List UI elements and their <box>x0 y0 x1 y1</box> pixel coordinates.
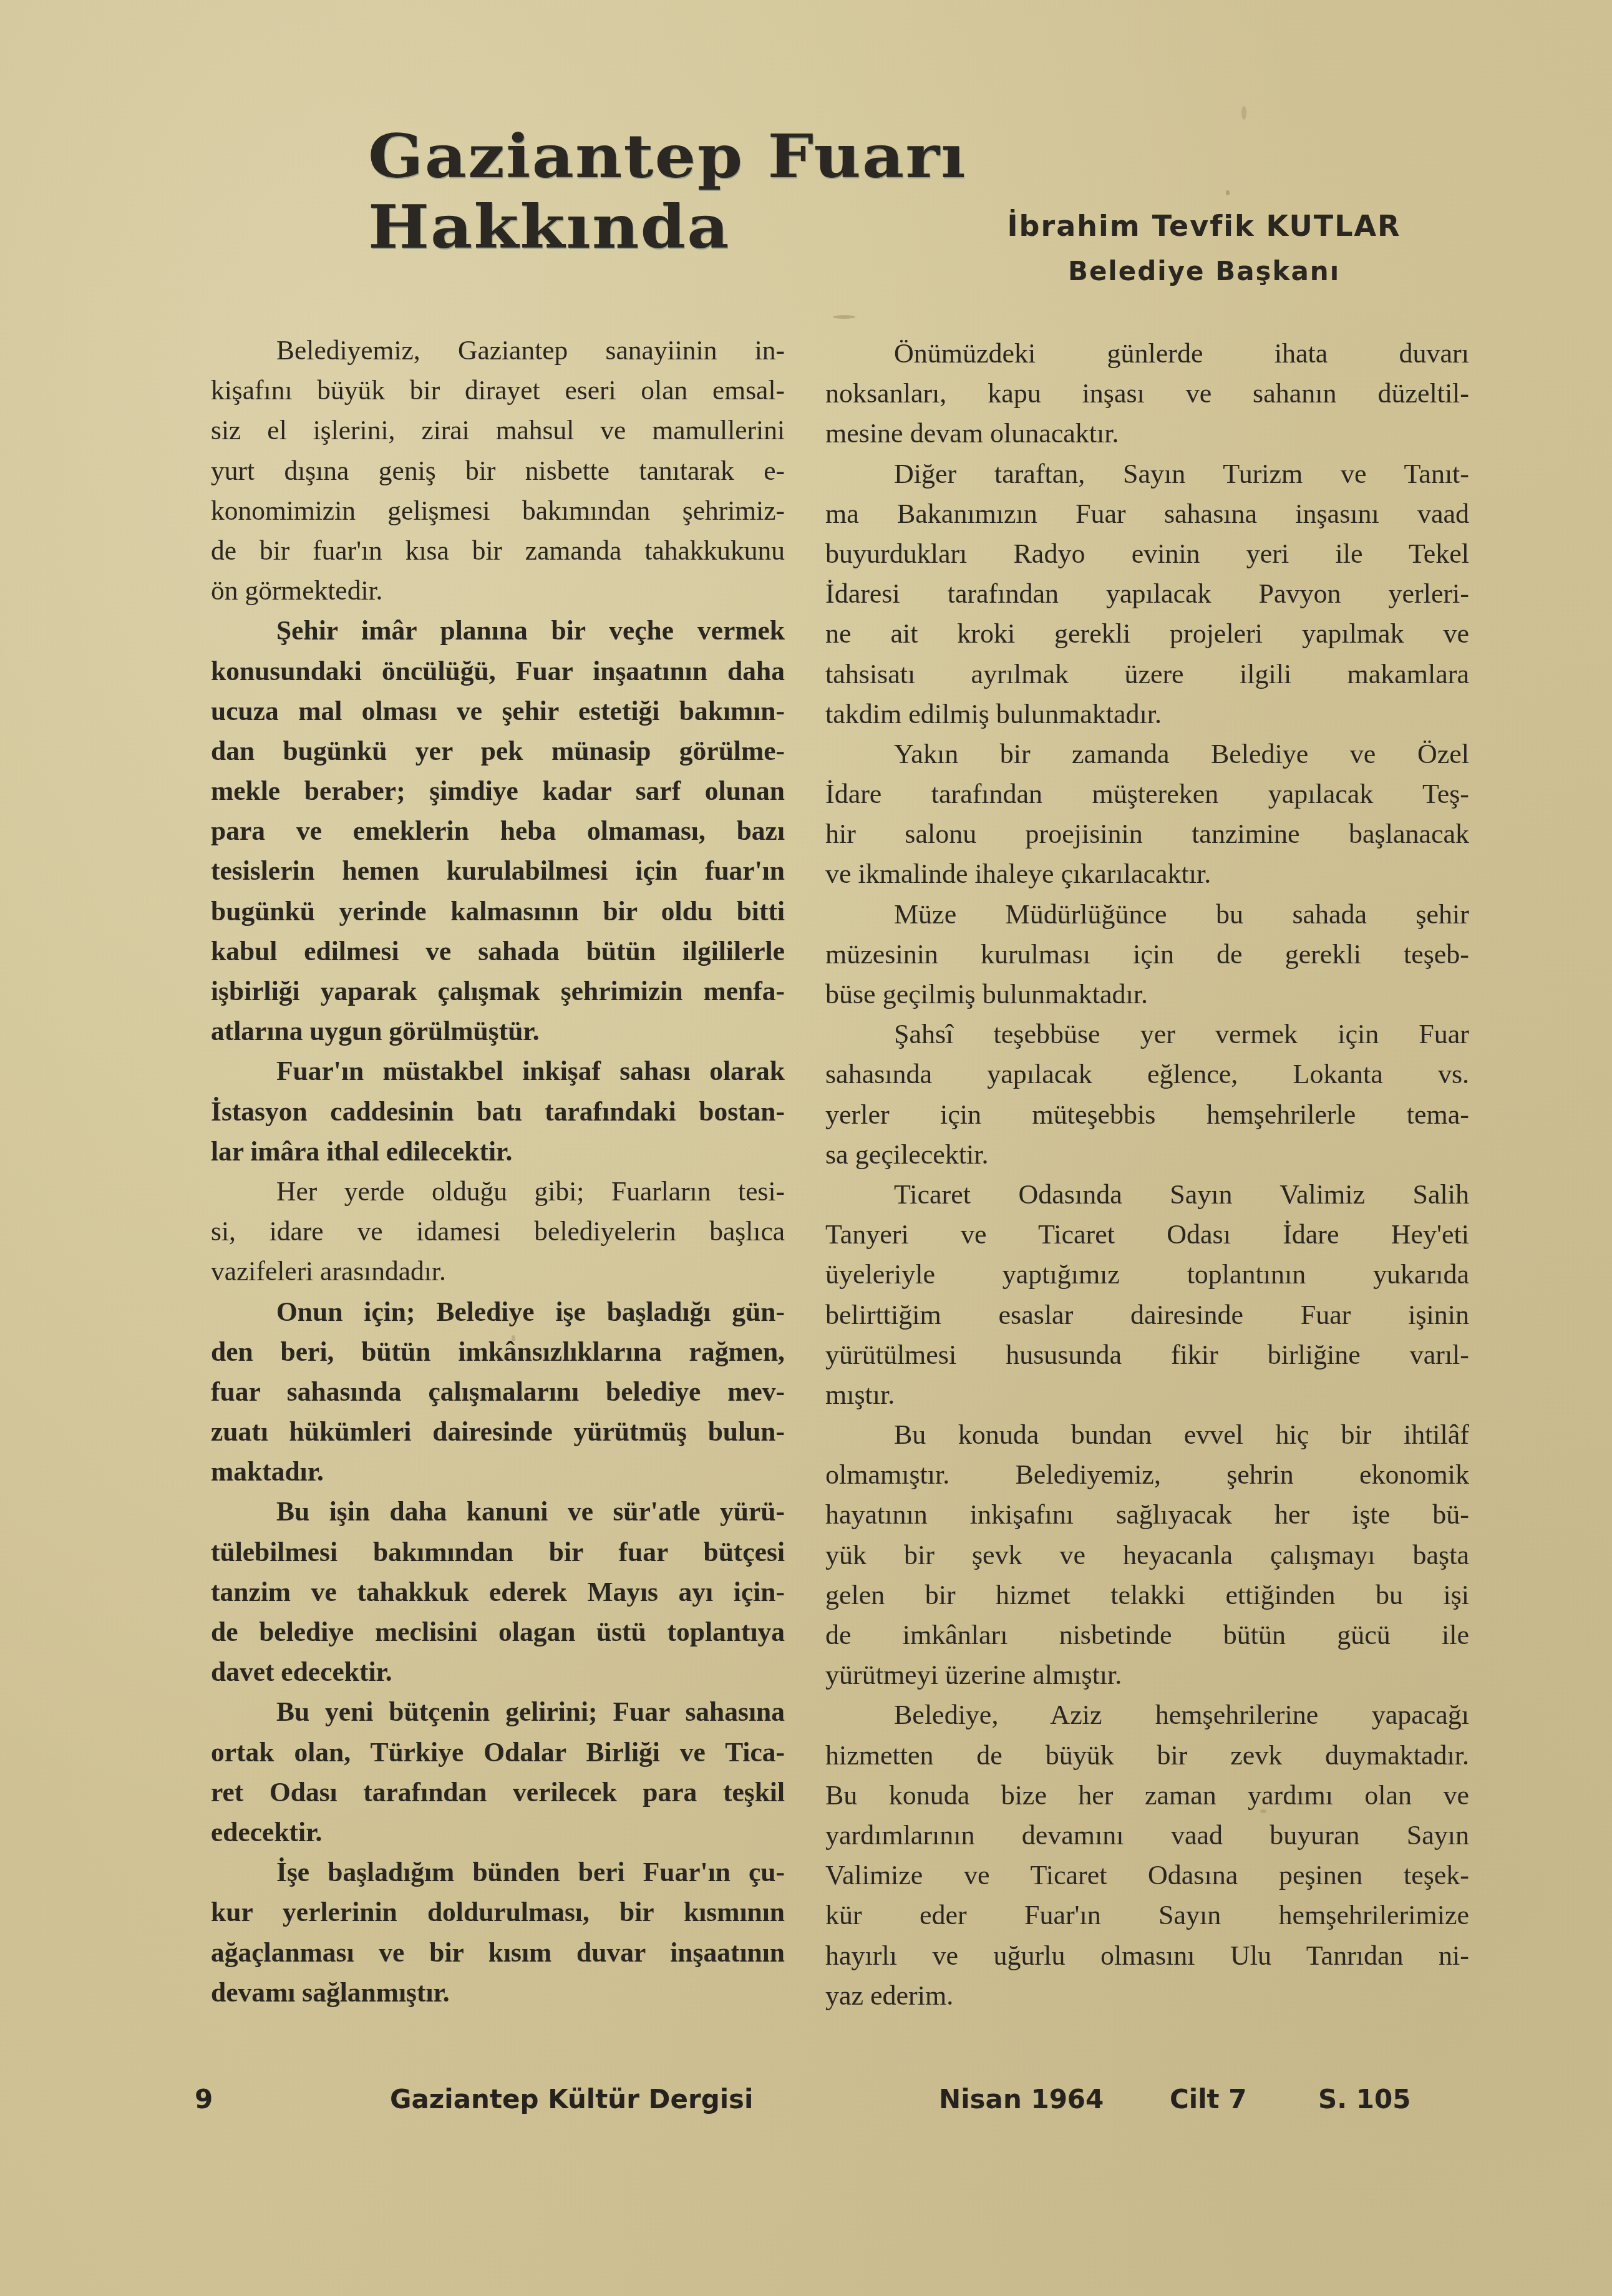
paragraph: Bu yeni bütçenin gelirini; Fuar sahasına… <box>211 1692 785 1852</box>
author-name: İbrahim Tevfik KUTLAR <box>973 209 1435 243</box>
text-line: takdim edilmiş bulunmaktadır. <box>825 694 1469 734</box>
text-line: Şahsî teşebbüse yer vermek için Fuar <box>825 1014 1469 1054</box>
text-line: kişafını büyük bir dirayet eseri olan em… <box>211 371 785 411</box>
text-line: devamı sağlanmıştır. <box>211 1973 785 2013</box>
text-line: kür eder Fuar'ın Sayın hemşehrilerimize <box>825 1895 1469 1935</box>
paragraph: Şahsî teşebbüse yer vermek için Fuarsaha… <box>825 1014 1469 1175</box>
text-line: ve ikmalinde ihaleye çıkarılacaktır. <box>825 854 1469 894</box>
text-line: konomimizin gelişmesi bakımından şehrimi… <box>211 491 785 531</box>
text-line: Şehir imâr planına bir veçhe vermek <box>211 611 785 651</box>
text-line: de imkânları nisbetinde bütün gücü ile <box>825 1615 1469 1655</box>
article-column-left: Belediyemiz, Gaziantep sanayiinin in-kiş… <box>211 331 785 2013</box>
text-line: ön görmektedir. <box>211 571 785 611</box>
text-line: işbirliği yaparak çalışmak şehrimizin me… <box>211 971 785 1011</box>
text-line: müzesinin kurulması için de gerekli teşe… <box>825 935 1469 975</box>
paragraph: Onun için; Belediye işe başladığı gün-de… <box>211 1292 785 1492</box>
text-line: yürütmeyi üzerine almıştır. <box>825 1655 1469 1695</box>
paragraph: Bu işin daha kanuni ve sür'atle yürü-tül… <box>211 1492 785 1692</box>
text-line: İdaresi tarafından yapılacak Pavyon yerl… <box>825 574 1469 614</box>
paragraph: İşe başladığım bünden beri Fuar'ın çu-ku… <box>211 1852 785 2013</box>
text-line: tanzim ve tahakkuk ederek Mayıs ayı için… <box>211 1572 785 1612</box>
issue-date: Nisan 1964 <box>939 2084 1104 2114</box>
paragraph: Müze Müdürlüğünce bu sahada şehirmüzesin… <box>825 895 1469 1015</box>
text-line: ne ait kroki gerekli projeleri yapılmak … <box>825 614 1469 654</box>
issue-number: S. 105 <box>1318 2084 1411 2114</box>
text-line: yardımlarının devamını vaad buyuran Sayı… <box>825 1816 1469 1856</box>
text-line: Diğer taraftan, Sayın Turizm ve Tanıt- <box>825 454 1469 494</box>
text-line: hir salonu proejisinin tanzimine başlana… <box>825 814 1469 854</box>
text-line: noksanları, kapu inşası ve sahanın düzel… <box>825 374 1469 414</box>
paragraph: Belediyemiz, Gaziantep sanayiinin in-kiş… <box>211 331 785 611</box>
text-line: hizmetten de büyük bir zevk duymaktadır. <box>825 1736 1469 1776</box>
text-line: ma Bakanımızın Fuar sahasına inşasını va… <box>825 494 1469 534</box>
volume-number: Cilt 7 <box>1170 2084 1247 2114</box>
text-line: konusundaki öncülüğü, Fuar inşaatının da… <box>211 651 785 691</box>
text-line: atlarına uygun görülmüştür. <box>211 1011 785 1051</box>
text-line: Fuar'ın müstakbel inkişaf sahası olarak <box>211 1051 785 1091</box>
text-line: para ve emeklerin heba olmaması, bazı <box>211 811 785 851</box>
text-line: Müze Müdürlüğünce bu sahada şehir <box>825 895 1469 935</box>
text-line: ret Odası tarafından verilecek para teşk… <box>211 1773 785 1812</box>
text-line: sahasında yapılacak eğlence, Lokanta vs. <box>825 1054 1469 1094</box>
paragraph: Fuar'ın müstakbel inkişaf sahası olarakİ… <box>211 1051 785 1172</box>
text-line: edecektir. <box>211 1812 785 1852</box>
page-number: 9 <box>195 2084 213 2114</box>
text-line: yurt dışına geniş bir nisbette tanıtarak… <box>211 451 785 491</box>
text-line: üyeleriyle yaptığımız toplantının yukarı… <box>825 1255 1469 1295</box>
text-line: bugünkü yerinde kalmasının bir oldu bitt… <box>211 892 785 932</box>
text-line: kabul edilmesi ve sahada bütün ilgililer… <box>211 932 785 971</box>
text-line: Bu yeni bütçenin gelirini; Fuar sahasına <box>211 1692 785 1732</box>
text-line: fuar sahasında çalışmalarını belediye me… <box>211 1372 785 1412</box>
paragraph: Önümüzdeki günlerde ihata duvarınoksanla… <box>825 334 1469 454</box>
text-line: İşe başladığım bünden beri Fuar'ın çu- <box>211 1852 785 1892</box>
text-line: lar imâra ithal edilecektir. <box>211 1132 785 1172</box>
paragraph: Bu konuda bundan evvel hiç bir ihtilâfol… <box>825 1415 1469 1695</box>
text-line: olmamıştır. Belediyemiz, şehrin ekonomik <box>825 1455 1469 1495</box>
text-line: hayatının inkişafını sağlıyacak her işte… <box>825 1495 1469 1535</box>
text-line: Bu konuda bize her zaman yardımı olan ve <box>825 1776 1469 1816</box>
paper-speck <box>833 315 855 319</box>
text-line: vazifeleri arasındadır. <box>211 1252 785 1291</box>
text-line: İdare tarafından müştereken yapılacak Te… <box>825 774 1469 814</box>
text-line: gelen bir hizmet telakki ettiğinden bu i… <box>825 1575 1469 1615</box>
text-line: yürütülmesi hususunda fikir birliğine va… <box>825 1335 1469 1375</box>
text-line: zuatı hükümleri dairesinde yürütmüş bulu… <box>211 1412 785 1452</box>
text-line: tülebilmesi bakımından bir fuar bütçesi <box>211 1532 785 1572</box>
text-line: sa geçilecektir. <box>825 1135 1469 1175</box>
text-line: de bir fuar'ın kısa bir zamanda tahakkuk… <box>211 531 785 571</box>
paper-speck <box>1241 106 1246 120</box>
text-line: den beri, bütün imkânsızlıklarına rağmen… <box>211 1332 785 1372</box>
text-line: dan bugünkü yer pek münasip görülme- <box>211 731 785 771</box>
text-line: Onun için; Belediye işe başladığı gün- <box>211 1292 785 1332</box>
text-line: yaz ederim. <box>825 1976 1469 2016</box>
text-line: Bu konuda bundan evvel hiç bir ihtilâf <box>825 1415 1469 1455</box>
paragraph: Şehir imâr planına bir veçhe vermekkonus… <box>211 611 785 1051</box>
text-line: Belediye, Aziz hemşehrilerine yapacağı <box>825 1695 1469 1735</box>
text-line: mesine devam olunacaktır. <box>825 414 1469 454</box>
text-line: İstasyon caddesinin batı tarafındaki bos… <box>211 1092 785 1132</box>
paragraph: Diğer taraftan, Sayın Turizm ve Tanıt-ma… <box>825 454 1469 734</box>
text-line: buyurdukları Radyo evinin yeri ile Tekel <box>825 534 1469 574</box>
text-line: Her yerde olduğu gibi; Fuarların tesi- <box>211 1172 785 1212</box>
text-line: ortak olan, Türkiye Odalar Birliği ve Ti… <box>211 1733 785 1773</box>
text-line: hayırlı ve uğurlu olmasını Ulu Tanrıdan … <box>825 1936 1469 1976</box>
text-line: ağaçlanması ve bir kısım duvar inşaatını… <box>211 1933 785 1973</box>
paragraph: Yakın bir zamanda Belediye ve Özelİdare … <box>825 734 1469 895</box>
text-line: Ticaret Odasında Sayın Valimiz Salih <box>825 1175 1469 1215</box>
paragraph: Belediye, Aziz hemşehrilerine yapacağıhi… <box>825 1695 1469 2016</box>
text-line: de belediye meclisini olagan üstü toplan… <box>211 1612 785 1652</box>
text-line: yük bir şevk ve heyacanla çalışmayı başt… <box>825 1535 1469 1575</box>
text-line: si, idare ve idamesi belediyelerin başlı… <box>211 1212 785 1252</box>
text-line: ucuza mal olması ve şehir estetiği bakım… <box>211 691 785 731</box>
author-position: Belediye Başkanı <box>973 256 1435 286</box>
text-line: mıştır. <box>825 1375 1469 1415</box>
text-line: Önümüzdeki günlerde ihata duvarı <box>825 334 1469 374</box>
text-line: maktadır. <box>211 1452 785 1492</box>
text-line: Tanyeri ve Ticaret Odası İdare Hey'eti <box>825 1215 1469 1255</box>
text-line: mekle beraber; şimdiye kadar sarf olunan <box>211 771 785 811</box>
text-line: siz el işlerini, zirai mahsul ve mamulle… <box>211 411 785 450</box>
magazine-name: Gaziantep Kültür Dergisi <box>390 2084 753 2114</box>
paragraph: Her yerde olduğu gibi; Fuarların tesi-si… <box>211 1172 785 1292</box>
paragraph: Ticaret Odasında Sayın Valimiz SalihTany… <box>825 1175 1469 1415</box>
text-line: belirttiğim esaslar dairesinde Fuar işin… <box>825 1295 1469 1335</box>
text-line: tahsisatı ayrılmak üzere ilgili makamlar… <box>825 654 1469 694</box>
text-line: yerler için müteşebbis hemşehrilerle tem… <box>825 1095 1469 1135</box>
text-line: Valimize ve Ticaret Odasına peşinen teşe… <box>825 1856 1469 1895</box>
text-line: kur yerlerinin doldurulması, bir kısmını… <box>211 1892 785 1932</box>
text-line: Yakın bir zamanda Belediye ve Özel <box>825 734 1469 774</box>
text-line: davet edecektir. <box>211 1652 785 1692</box>
text-line: Bu işin daha kanuni ve sür'atle yürü- <box>211 1492 785 1532</box>
text-line: tesislerin hemen kurulabilmesi için fuar… <box>211 851 785 891</box>
text-line: büse geçilmiş bulunmaktadır. <box>825 975 1469 1014</box>
text-line: Belediyemiz, Gaziantep sanayiinin in- <box>211 331 785 371</box>
article-column-right: Önümüzdeki günlerde ihata duvarınoksanla… <box>825 334 1469 2016</box>
